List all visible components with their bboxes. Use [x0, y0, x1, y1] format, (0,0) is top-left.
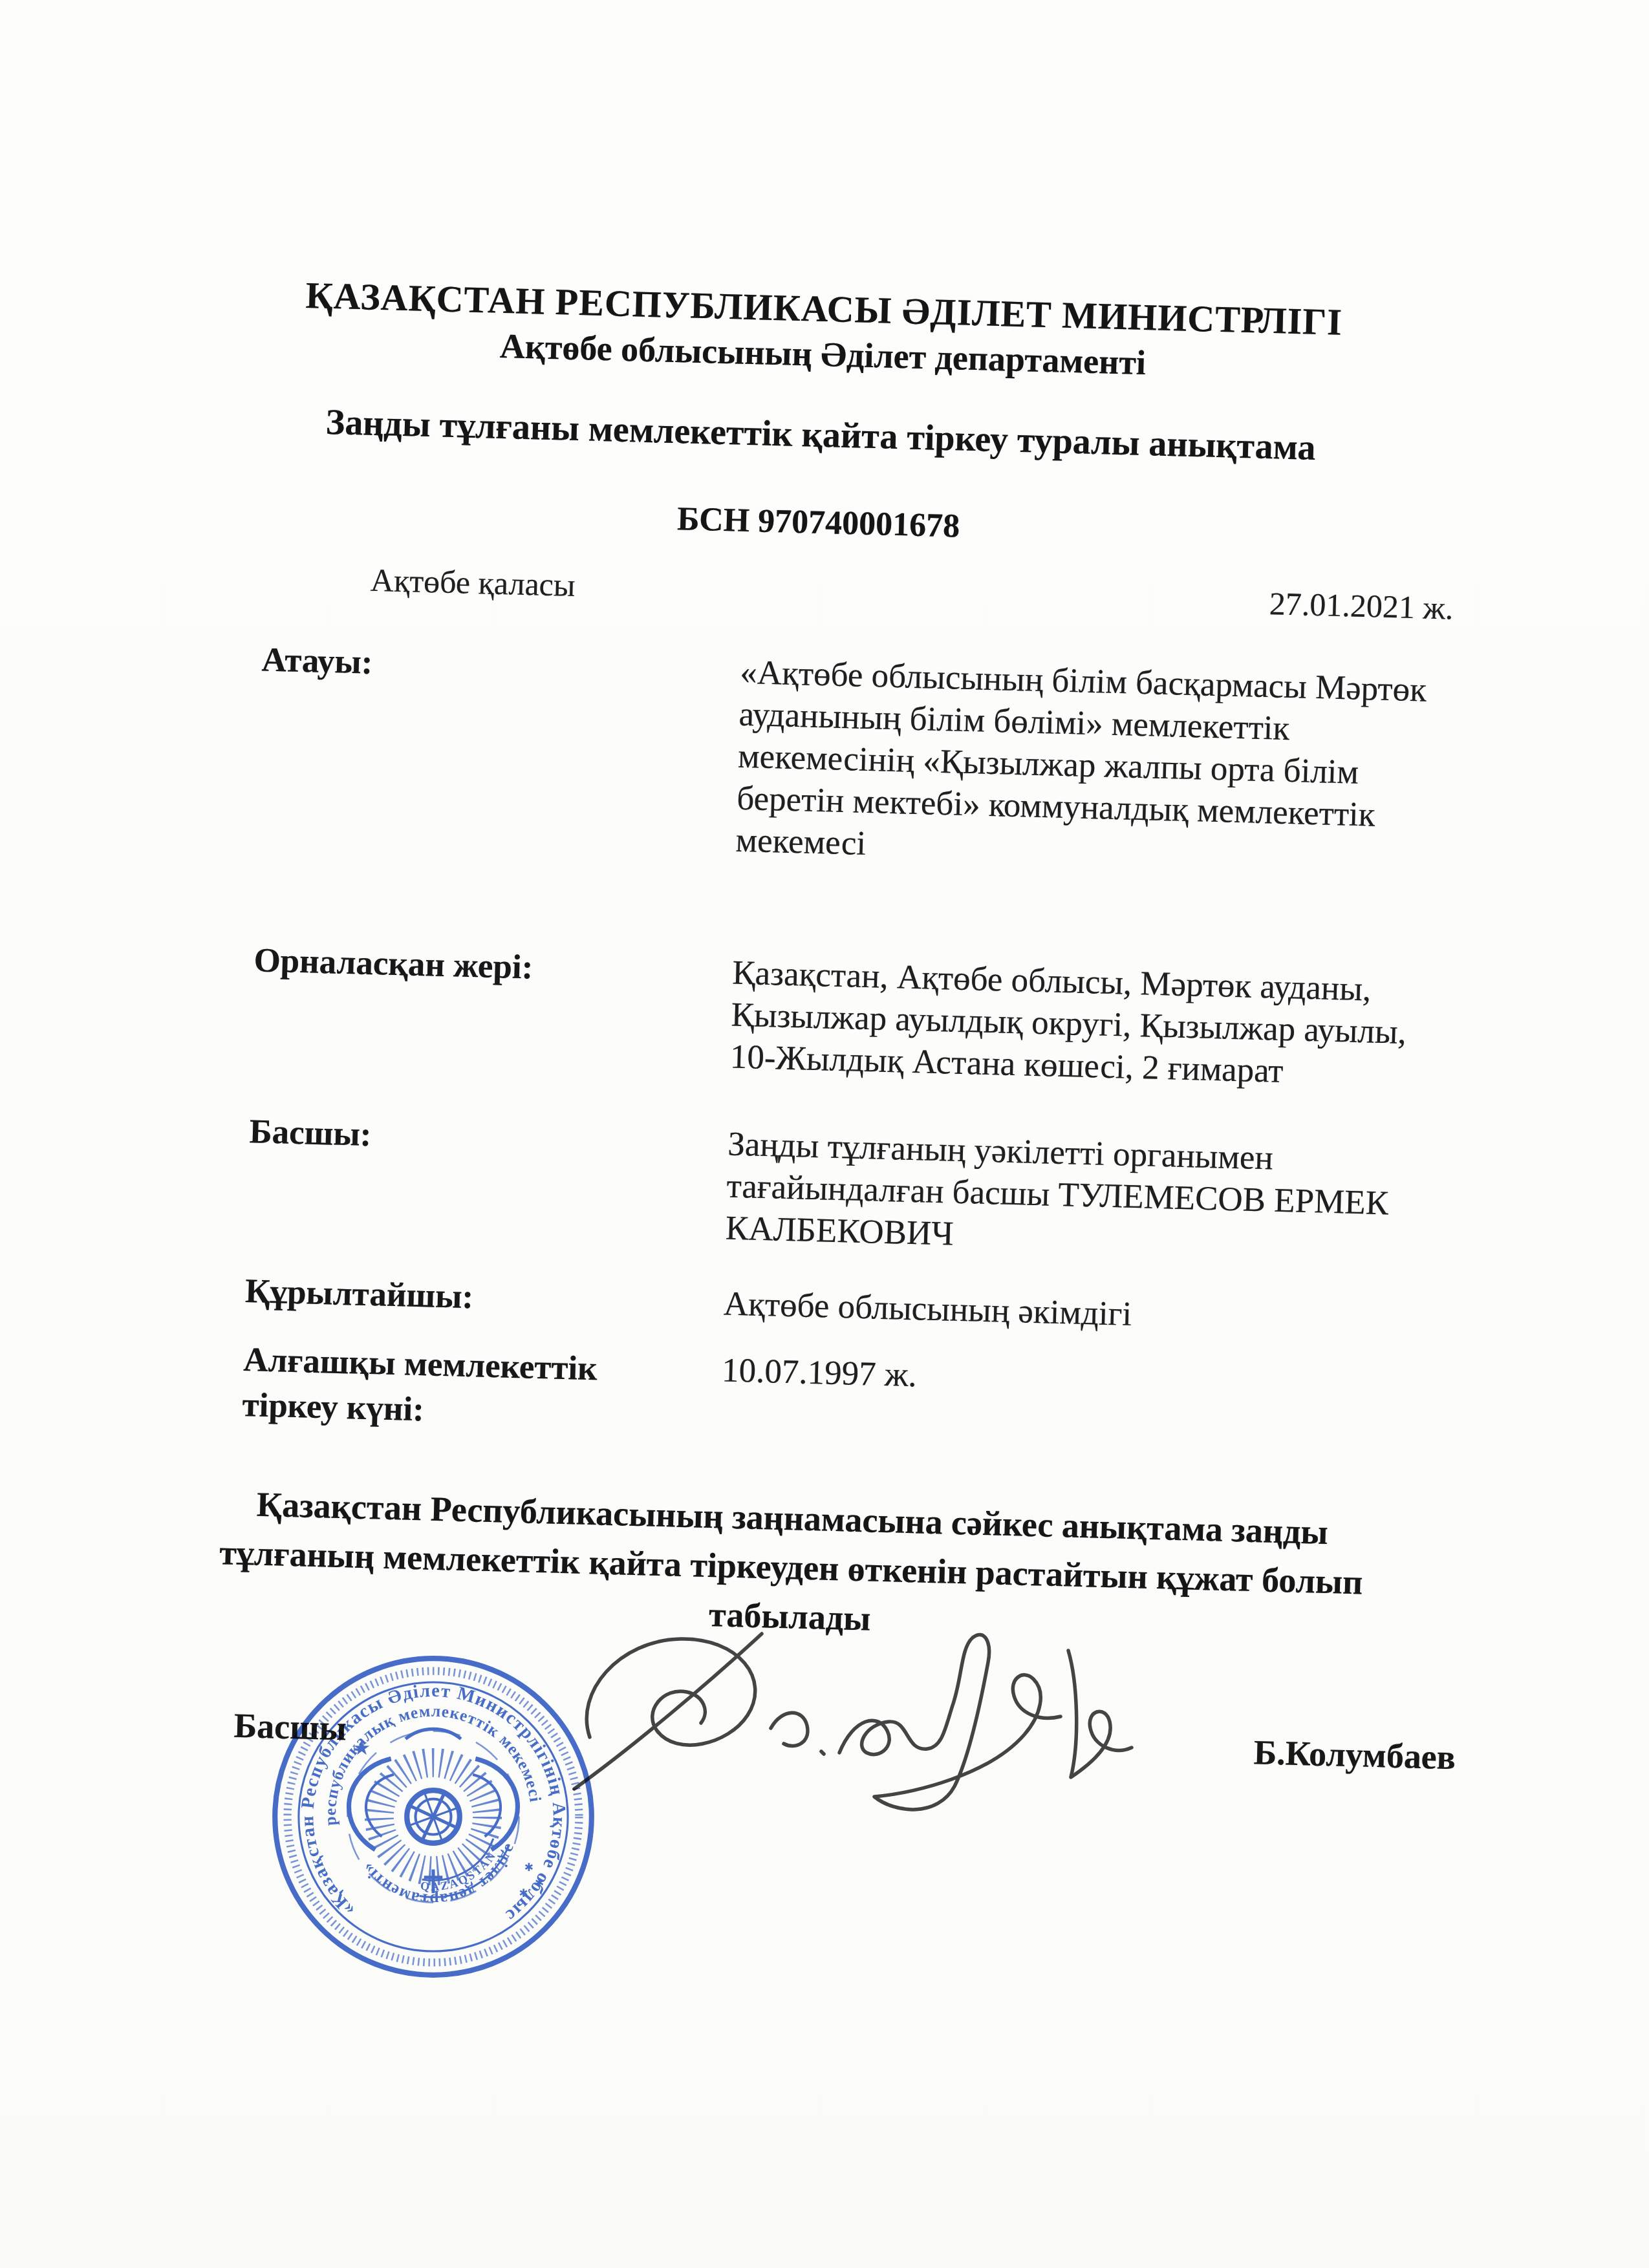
issue-city: Ақтөбе қаласы — [370, 561, 576, 604]
city-date-row: Ақтөбе қаласы 27.01.2021 ж. — [0, 550, 1641, 632]
asterisk-icon: ✱ — [524, 1861, 534, 1874]
field-value-founder: Ақтөбе облысының әкімдігі — [723, 1283, 1461, 1344]
field-label-head: Басшы: — [246, 1111, 728, 1249]
field-value-head: Заңды тұлғаның уәкілетті органымен тағай… — [725, 1124, 1465, 1269]
stamp-ring-text: «Қазақстан Республикасы Әділет Министрлі… — [268, 1652, 569, 1926]
field-label-location: Орналасқан жері: — [251, 939, 733, 1078]
field-value-name: «Ақтөбе облысының білім басқармасы Мәртө… — [735, 652, 1478, 881]
field-label-name: Атауы: — [257, 639, 740, 861]
asterisk-icon: ✱ — [535, 1877, 544, 1889]
field-label-first-registration: Алғашқы мемлекеттік тіркеу күні: — [242, 1337, 722, 1440]
handwritten-signature — [543, 1620, 1190, 1826]
document-title: Заңды тұлғаны мемлекеттік қайта тіркеу т… — [0, 393, 1646, 478]
certificate-content: ҚАЗАҚСТАН РЕСПУБЛИКАСЫ ӘДІЛЕТ МИНИСТРЛІГ… — [0, 0, 1649, 1783]
bsn-number: БСН 970740001678 — [0, 481, 1643, 566]
field-row-founder: Құрылтайшы: Ақтөбе облысының әкімдігі — [0, 1263, 1622, 1349]
scanned-certificate-page: ҚАЗАҚСТАН РЕСПУБЛИКАСЫ ӘДІЛЕТ МИНИСТРЛІГ… — [0, 0, 1649, 2268]
field-row-name: Атауы: «Ақтөбе облысының білім басқармас… — [0, 632, 1639, 885]
field-value-first-registration: 10.07.1997 ж. — [720, 1349, 1459, 1459]
field-row-location: Орналасқан жері: Қазақстан, Ақтөбе облыс… — [0, 932, 1632, 1102]
issue-date: 27.01.2021 ж. — [1269, 584, 1454, 627]
asterisk-icon: ✱ — [519, 1887, 529, 1899]
field-row-first-registration: Алғашқы мемлекеттік тіркеу күні: 10.07.1… — [0, 1330, 1621, 1464]
field-value-location: Қазақстан, Ақтөбе облысы, Мәртөк ауданы,… — [729, 952, 1470, 1098]
star-icon: ★ — [353, 1737, 371, 1759]
field-row-head: Басшы: Заңды тұлғаның уәкілетті органыме… — [0, 1104, 1627, 1273]
field-label-founder: Құрылтайшы: — [244, 1270, 724, 1325]
signer-name: Б.Колумбаев — [1253, 1731, 1456, 1779]
